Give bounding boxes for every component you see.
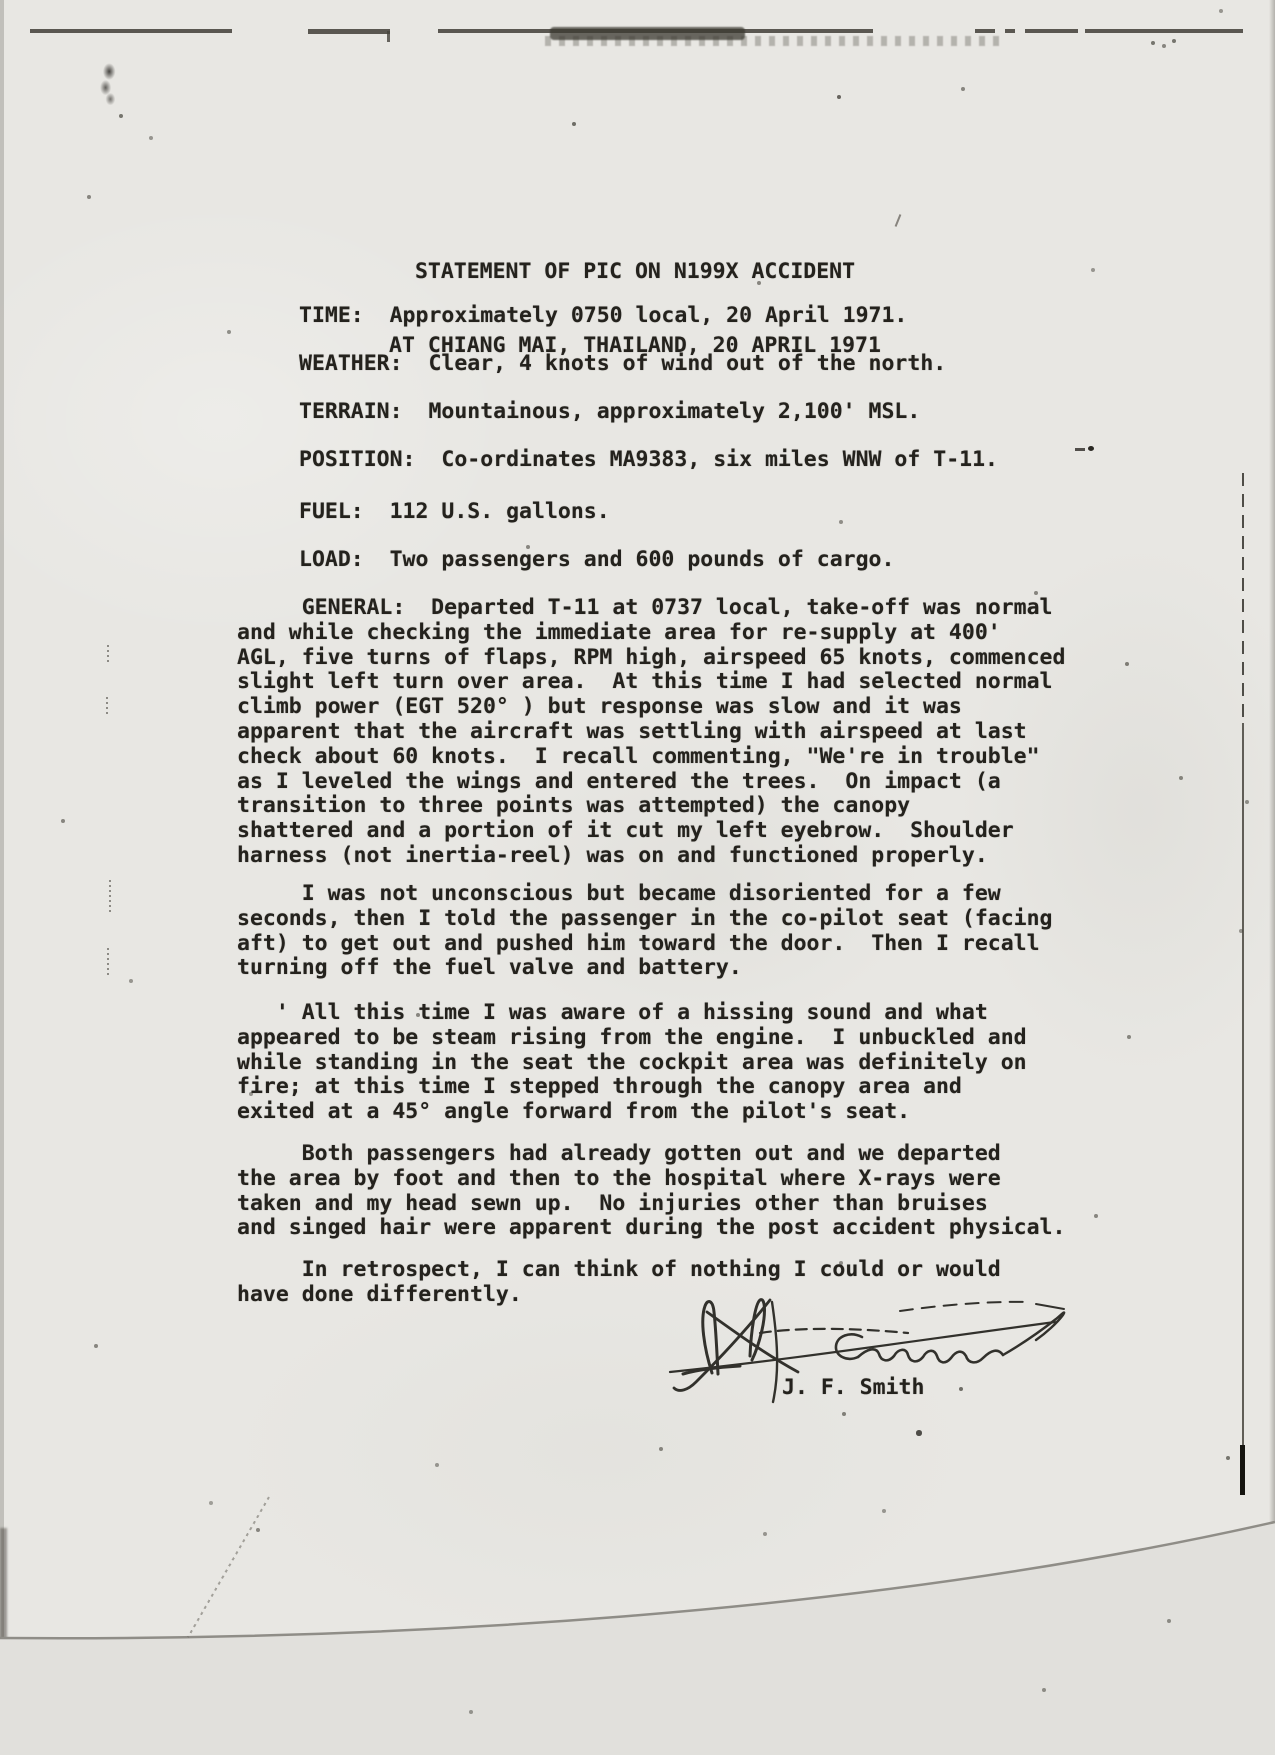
scan-edge-grit (545, 36, 1005, 46)
field-value: 112 U.S. gallons. (390, 499, 610, 524)
field-value: Clear, 4 knots of wind out of the north. (428, 351, 946, 376)
field-position: POSITION:Co-ordinates MA9383, six miles … (299, 448, 998, 473)
scan-edge-line (1085, 29, 1243, 33)
page-left-edge (0, 0, 4, 1650)
field-load: LOAD:Two passengers and 600 pounds of ca… (299, 548, 894, 573)
field-terrain: TERRAIN:Mountainous, approximately 2,100… (299, 400, 920, 425)
scan-noise-cluster (109, 880, 111, 912)
ink-dash (1075, 448, 1085, 451)
field-value: Approximately 0750 local, 20 April 1971. (390, 303, 908, 328)
paragraph-hospital: Both passengers had already gotten out a… (237, 1142, 1065, 1241)
title-line: STATEMENT OF PIC ON N199X ACCIDENT (230, 260, 1040, 285)
scan-noise-cluster (107, 645, 109, 662)
ink-dot (1088, 446, 1094, 451)
fold-crease-line (1242, 473, 1244, 723)
scan-noise-cluster (107, 948, 109, 976)
field-label: WEATHER: (299, 351, 403, 376)
fold-crease-mark (1240, 1445, 1245, 1495)
field-weather: WEATHER:Clear, 4 knots of wind out of th… (299, 352, 946, 377)
scan-edge-line (975, 29, 995, 33)
document-scan: STATEMENT OF PIC ON N199X ACCIDENT AT CH… (0, 0, 1275, 1755)
field-time: TIME:Approximately 0750 local, 20 April … (299, 304, 907, 329)
field-value: Two passengers and 600 pounds of cargo. (390, 547, 895, 572)
paragraph-general: GENERAL: Departed T-11 at 0737 local, ta… (237, 596, 1065, 869)
scan-noise-cluster (106, 697, 108, 715)
field-value: Mountainous, approximately 2,100' MSL. (428, 399, 920, 424)
scan-edge-line (30, 29, 232, 33)
scan-edge-line (1025, 29, 1078, 33)
signature-name: J. F. Smith (782, 1376, 924, 1401)
scan-edge-line (1005, 29, 1015, 33)
field-fuel: FUEL:112 U.S. gallons. (299, 500, 610, 525)
scan-edge-line (308, 29, 390, 34)
field-label: TERRAIN: (299, 399, 403, 424)
fold-crease-line (1242, 723, 1244, 1445)
paragraph-disoriented: I was not unconscious but became disorie… (237, 882, 1052, 981)
field-label: LOAD: (299, 547, 364, 572)
scan-noise-specks (0, 0, 2, 2)
scan-edge-tick (387, 31, 390, 42)
paragraph-fire-exit: ' All this time I was aware of a hissing… (237, 1001, 1027, 1125)
field-label: FUEL: (299, 499, 364, 524)
field-value: Co-ordinates MA9383, six miles WNW of T-… (441, 447, 998, 472)
ink-smudge (96, 60, 120, 106)
field-label: TIME: (299, 303, 364, 328)
page-right-edge (1269, 0, 1275, 1755)
field-label: POSITION: (299, 447, 416, 472)
